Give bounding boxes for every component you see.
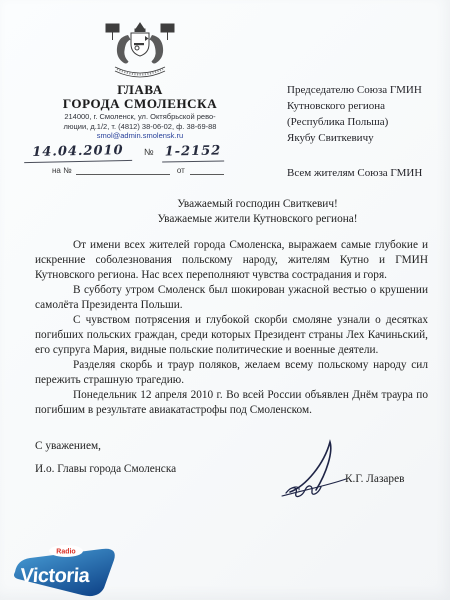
handwritten-date: 14.04.2010 (24, 143, 132, 163)
org-address: 214000, г. Смоленск, ул. Октябрьской рев… (20, 112, 260, 141)
number-sign-label: № (144, 147, 154, 157)
handwritten-outgoing-number: 1-2152 (162, 143, 224, 162)
body-paragraph: Разделяя скорбь и траур поляков, желаем … (35, 358, 428, 388)
recipient-block: Председателю Союза ГМИН Кутновского реги… (287, 82, 447, 181)
recipient-line: Якубу Свиткевичу (287, 130, 447, 146)
radio-victoria-logo: Radio Victoria (2, 538, 120, 600)
body-paragraph: Понедельник 12 апреля 2010 г. Во всей Ро… (35, 388, 428, 418)
reply-number-label: на № (52, 166, 72, 175)
letter-body: Уважаемый господин Свиткевич! Уважаемые … (35, 197, 428, 418)
org-address-line2: люции, д.1/2, т. (4812) 38-06-02, ф. 38-… (20, 122, 260, 132)
recipient-line: Кутновского региона (287, 98, 447, 114)
closing-regards: С уважением, (35, 440, 428, 452)
salutation: Уважаемый господин Свиткевич! Уважаемые … (35, 197, 428, 227)
logo-radio-label: Radio (56, 549, 75, 556)
reply-from-label: от (177, 166, 185, 175)
recipient-all-residents: Всем жителям Союза ГМИН (287, 165, 447, 181)
org-name-line1: ГЛАВА (20, 83, 260, 97)
reply-date-blank (190, 166, 224, 175)
letter-page: ГЛАВА ГОРОДА СМОЛЕНСКА 214000, г. Смолен… (0, 0, 450, 600)
salutation-line1: Уважаемый господин Свиткевич! (87, 197, 428, 212)
org-email: smol@admin.smolensk.ru (20, 131, 260, 141)
org-address-line1: 214000, г. Смоленск, ул. Октябрьской рев… (20, 112, 260, 122)
coat-of-arms-smolensk-icon (100, 22, 180, 82)
reference-line: 14.04.2010 № 1-2152 (24, 142, 264, 162)
salutation-line2: Уважаемые жители Кутновского региона! (87, 212, 428, 227)
org-name-line2: ГОРОДА СМОЛЕНСКА (20, 97, 260, 111)
body-paragraph: С чувством потрясения и глубокой скорби … (35, 313, 428, 358)
reply-number-blank (76, 166, 170, 175)
signer-name: К.Г. Лазарев (345, 473, 404, 485)
reply-reference-line: на № от (52, 166, 224, 175)
org-name: ГЛАВА ГОРОДА СМОЛЕНСКА (20, 83, 260, 111)
logo-victoria-label: Victoria (20, 565, 92, 587)
recipient-line: Председателю Союза ГМИН (287, 82, 447, 98)
recipient-line: (Республика Польша) (287, 114, 447, 130)
body-paragraph: От имени всех жителей города Смоленска, … (35, 238, 428, 283)
closing-block: С уважением, И.о. Главы города Смоленска… (35, 440, 428, 475)
body-paragraph: В субботу утром Смоленск был шокирован у… (35, 283, 428, 313)
signature-scribble (280, 436, 352, 500)
